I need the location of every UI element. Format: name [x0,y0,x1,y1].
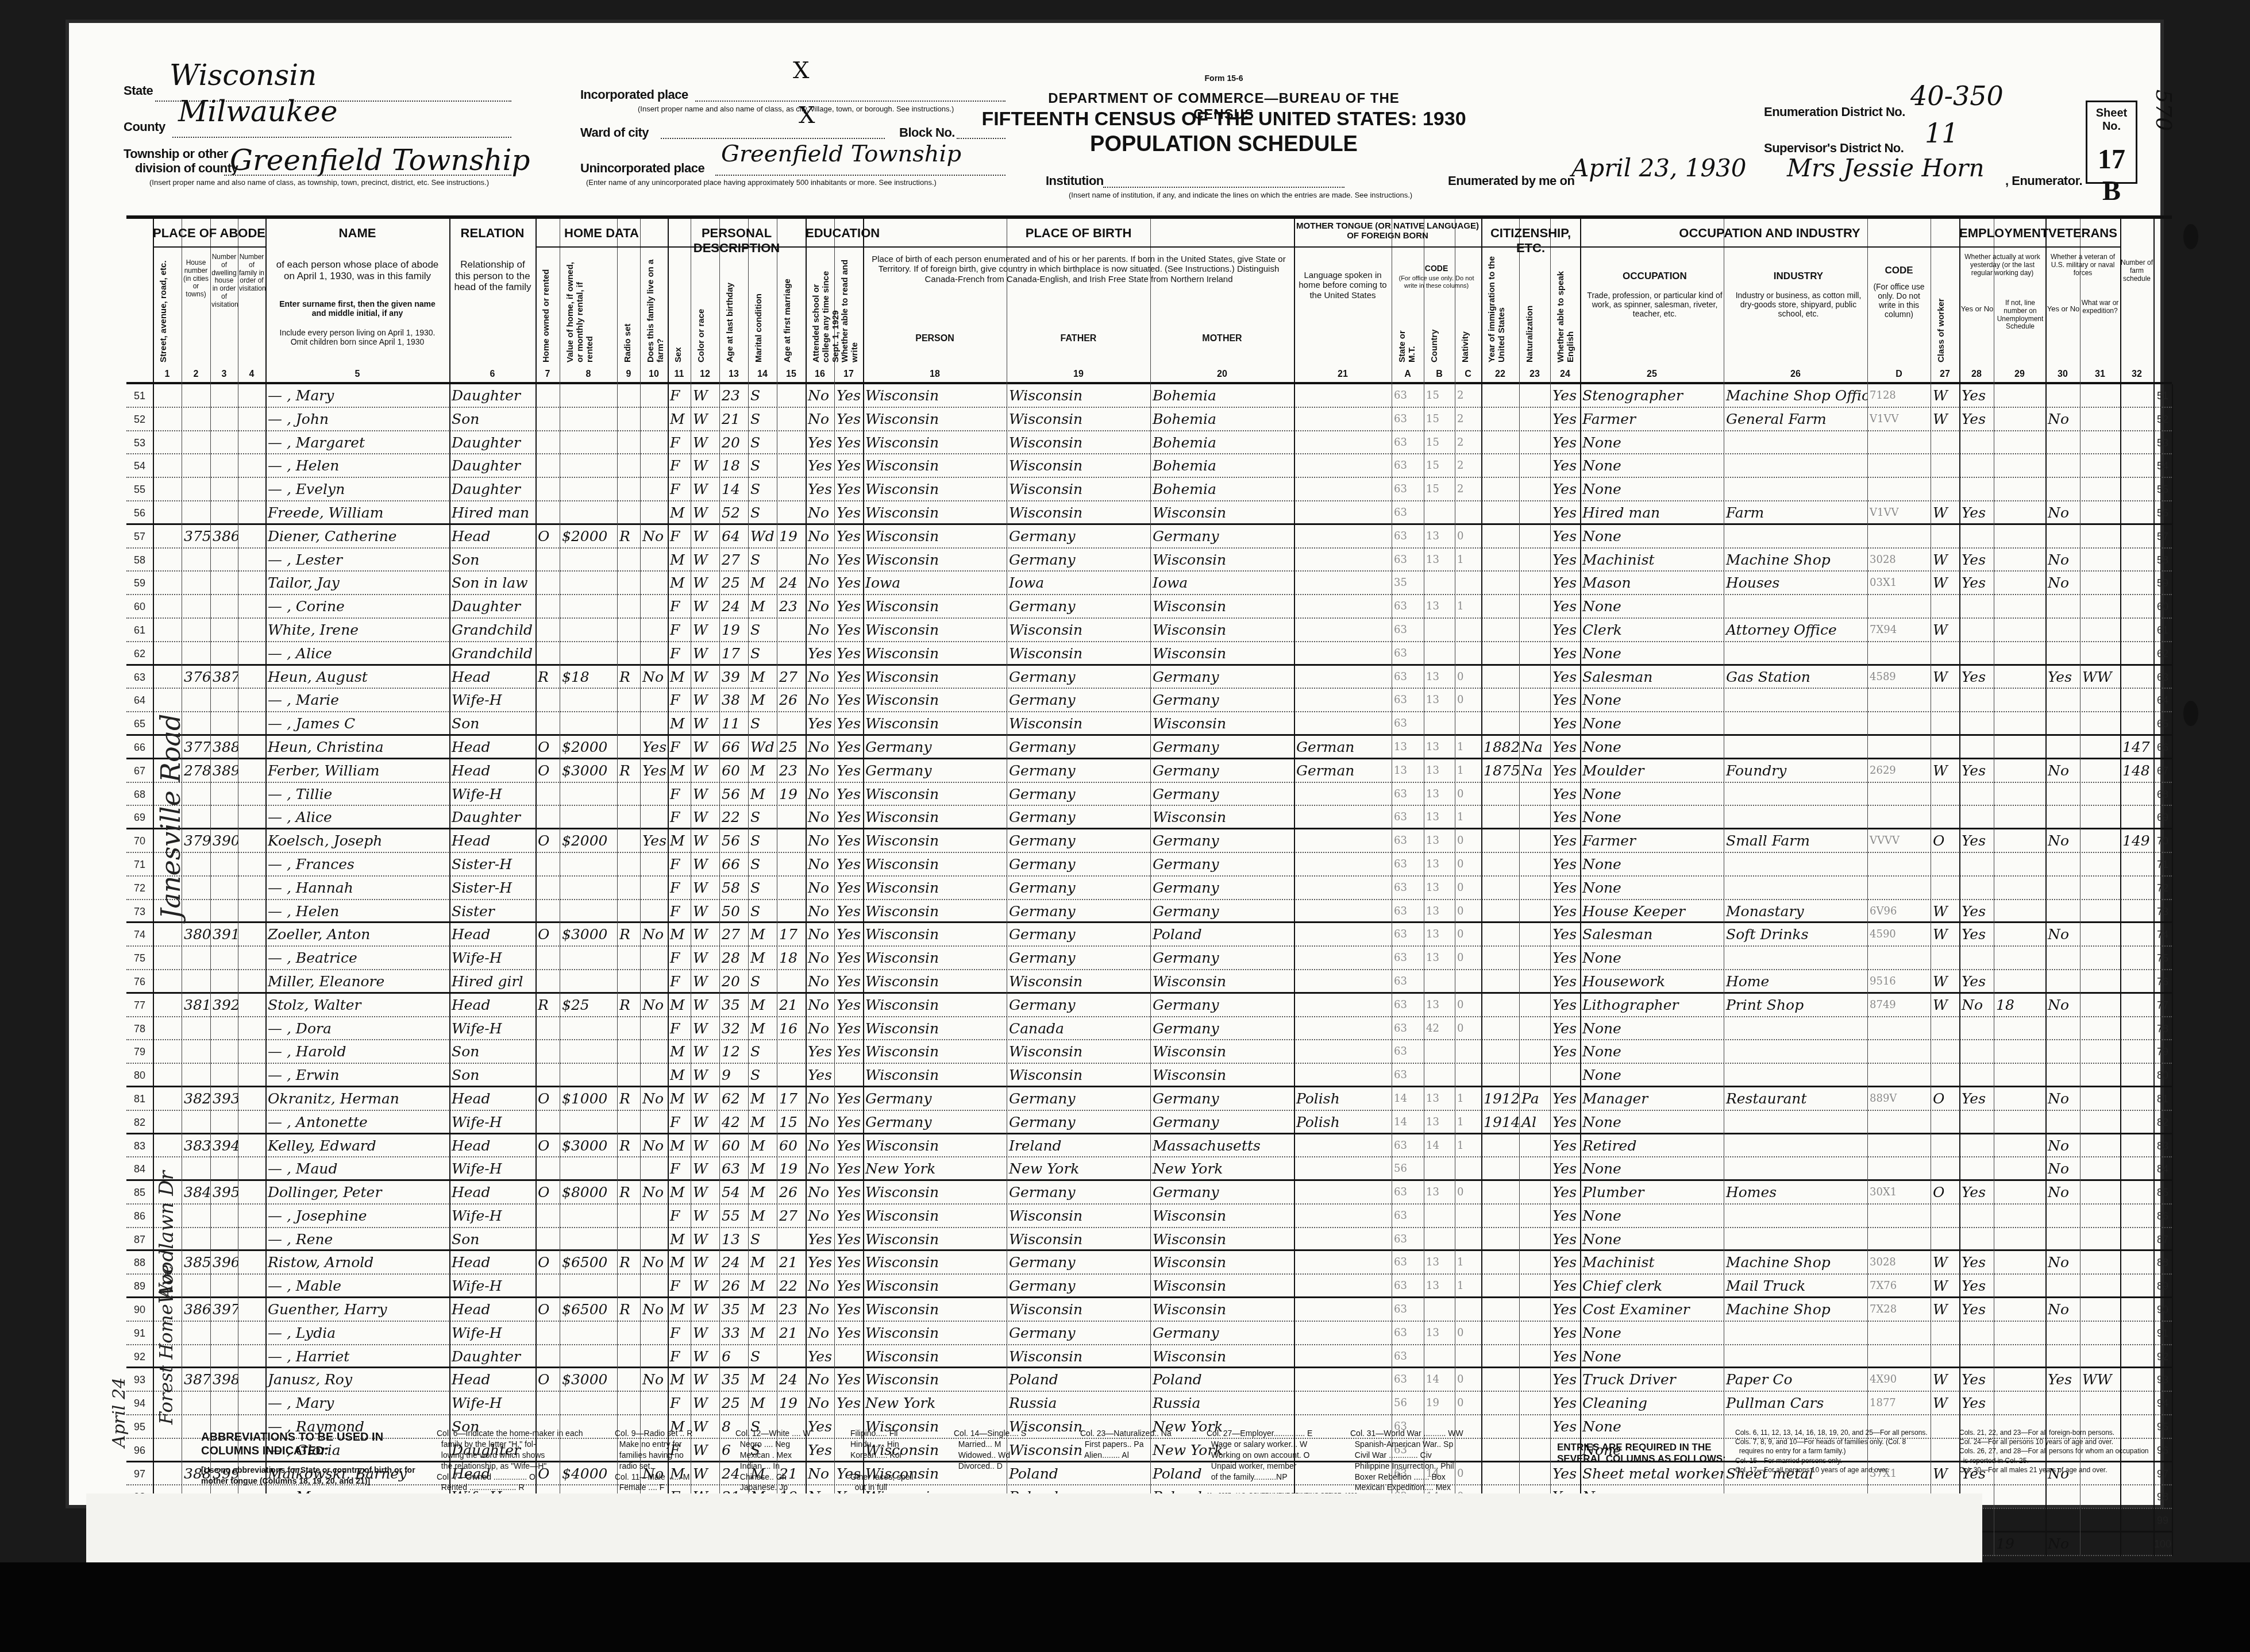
cell-birth-father: Germany [1007,853,1150,875]
cell-race: W [691,1205,719,1227]
cell-race: W [691,1017,719,1040]
cell-dwelling [210,1392,238,1414]
cell-name: — , Harriet [265,1345,449,1367]
cell-war [2080,642,2120,664]
cell-immig [1481,1040,1519,1063]
cell-race: W [691,1228,719,1250]
cell-owned [535,595,560,617]
cell-industry [1724,712,1867,734]
cell-family [238,666,265,688]
cell-read: Yes [834,1157,863,1179]
cell-cC: 1 [1455,1111,1481,1133]
cell-industry: Homes [1724,1181,1867,1203]
cell-house: 375 [182,525,210,547]
cell-age-marriage [777,1345,806,1367]
cell-unemp [1994,1228,2045,1250]
margin-note-road-3: Forest Home Ave [155,1264,177,1425]
cell-line: 59 [126,572,153,594]
cell-value: $3000 [560,1368,617,1391]
cell-birth-person: Wisconsin [863,900,1007,922]
header-school: Attended school or college any time sinc… [811,253,841,362]
cell-cA: 63 [1392,549,1424,571]
cell-owned [535,806,560,828]
cell-dwelling [210,970,238,992]
cell-cB [1424,970,1455,992]
cell-class [1931,1111,1959,1133]
cell-immig [1481,1368,1519,1391]
column-number: 27 [1931,369,1959,380]
cell-name: White, Irene [265,619,449,641]
cell-house [182,431,210,454]
header-cB: Country [1430,316,1439,362]
cell-race: W [691,1087,719,1110]
cell-cB: 13 [1424,736,1455,758]
column-number: 20 [1150,369,1294,380]
cell-dwelling [210,572,238,594]
cell-age: 14 [719,478,748,500]
cell-line-r: 92 [2153,1345,2172,1367]
cell-natur [1519,619,1550,641]
cell-birth-person: Wisconsin [863,1205,1007,1227]
cell-work [1959,783,1994,805]
cell-family [238,1111,265,1133]
cell-industry: Restaurant [1724,1087,1867,1110]
cell-sex: M [668,408,691,430]
state-label: State [124,83,153,98]
cell-marital: M [748,923,777,945]
cell-street [153,384,182,407]
cell-radio [617,595,640,617]
cell-name: — , Lester [265,549,449,571]
cell-cB: 19 [1424,1392,1455,1414]
cell-english: Yes [1550,970,1580,992]
column-number: 4 [238,369,265,380]
cell-line: 75 [126,947,153,969]
cell-family [238,572,265,594]
table-row: 54— , HelenDaughterFW18SYesYesWisconsinW… [126,454,2172,478]
cell-birth-father: Germany [1007,947,1150,969]
cell-line: 60 [126,595,153,617]
column-rule [640,384,641,1556]
county-value: Milwaukee [178,95,337,128]
cell-radio [617,877,640,899]
cell-line: 54 [126,454,153,477]
header-farm-schedule: Number of farm schedule [2120,259,2153,283]
cell-birth-father: Germany [1007,1251,1150,1273]
cell-read: Yes [834,877,863,899]
cell-birth-person: Wisconsin [863,642,1007,664]
cell-war [2080,853,2120,875]
cell-farm [640,947,668,969]
state-value: Wisconsin [169,59,317,92]
cell-race: W [691,970,719,992]
cell-code-d: 3028 [1867,1251,1931,1273]
cell-occupation: Retired [1580,1134,1724,1157]
cell-code-d [1867,1157,1931,1179]
cell-age-marriage: 19 [777,1157,806,1179]
cell-line-r: 82 [2153,1111,2172,1133]
cell-line-r: 66 [2153,736,2172,758]
cell-race: W [691,431,719,454]
cell-sex: M [668,1064,691,1086]
cell-value [560,947,617,969]
cell-marital: S [748,1228,777,1250]
enumerated-label: Enumerated by me on [1448,173,1574,188]
cell-immig [1481,408,1519,430]
table-row: 66377388Heun, ChristinaHeadO$2000YesFW66… [126,736,2172,759]
cell-birth-mother: Wisconsin [1150,1228,1294,1250]
cell-immig [1481,1392,1519,1414]
cell-race: W [691,478,719,500]
header-dwelling-number: Number of dwelling house in order of vis… [211,253,237,309]
cell-work: Yes [1959,1298,1994,1321]
cell-vet: No [2045,759,2080,782]
cell-age-marriage: 19 [777,783,806,805]
cell-relation: Wife-H [449,1017,535,1040]
cell-owned [535,642,560,664]
cell-school: No [806,619,834,641]
cell-age: 55 [719,1205,748,1227]
cell-farm [640,900,668,922]
abbreviations-footer: ABBREVIATIONS TO BE USED IN COLUMNS INDI… [138,1425,2183,1505]
cell-age-marriage [777,501,806,523]
cell-industry [1724,806,1867,828]
cell-immig [1481,1298,1519,1321]
cell-school: No [806,1322,834,1344]
cell-sex: F [668,1205,691,1227]
cell-age-marriage: 23 [777,1298,806,1321]
cell-farm-sched: 147 [2120,736,2153,758]
cell-work [1959,454,1994,477]
cell-relation: Head [449,736,535,758]
cell-farm-sched: 149 [2120,829,2153,852]
cell-value: $2000 [560,736,617,758]
cell-read: Yes [834,642,863,664]
cell-dwelling [210,384,238,407]
header-radio: Radio set [623,253,633,362]
cell-class [1931,1134,1959,1157]
cell-birth-father: Wisconsin [1007,454,1150,477]
cell-dwelling [210,1064,238,1086]
cell-immig [1481,853,1519,875]
cell-age: 50 [719,900,748,922]
cell-owned [535,384,560,407]
cell-code-d: 8749 [1867,994,1931,1016]
cell-line: 76 [126,970,153,992]
cell-marital: S [748,829,777,852]
cell-family [238,525,265,547]
cell-birth-mother: Wisconsin [1150,501,1294,523]
cell-natur [1519,384,1550,407]
cell-house [182,642,210,664]
header-industry: INDUSTRY [1729,271,1867,282]
cell-tongue [1294,970,1392,992]
table-row: 72— , HannahSister-HFW58SNoYesWisconsinG… [126,877,2172,900]
cell-code-d: 4590 [1867,923,1931,945]
cell-farm-sched [2120,1298,2153,1321]
cell-read: Yes [834,1251,863,1273]
column-rule [560,384,560,1556]
cell-cA: 63 [1392,408,1424,430]
cell-owned [535,970,560,992]
cell-unemp [1994,877,2045,899]
cell-natur [1519,783,1550,805]
column-rule [182,384,182,1556]
cell-sex: F [668,877,691,899]
column-number: 13 [719,369,748,380]
cell-cA: 63 [1392,1181,1424,1203]
cell-occupation: None [1580,595,1724,617]
column-number: 29 [1994,369,2045,380]
cell-tongue [1294,1181,1392,1203]
cell-radio [617,947,640,969]
cell-relation: Wife-H [449,1111,535,1133]
cell-farm: No [640,994,668,1016]
cell-code-d: 7X28 [1867,1298,1931,1321]
cell-sex: F [668,1017,691,1040]
cell-sex: M [668,572,691,594]
cell-industry [1724,478,1867,500]
cell-street [153,689,182,711]
cell-immig [1481,1205,1519,1227]
cell-relation: Grandchild [449,619,535,641]
cell-farm [640,619,668,641]
cell-line-r: 88 [2153,1251,2172,1273]
cell-relation: Son [449,408,535,430]
institution-note: (Insert name of institution, if any, and… [1069,191,1412,199]
cell-war [2080,1017,2120,1040]
cell-farm-sched [2120,1064,2153,1086]
header-veteran-yes-no: Yes or No [2047,305,2080,314]
cell-marital: S [748,642,777,664]
cell-line-r: 64 [2153,689,2172,711]
cell-natur [1519,1345,1550,1367]
header-age_marriage: Age at first marriage [783,253,792,362]
cell-war [2080,431,2120,454]
cell-birth-father: Wisconsin [1007,478,1150,500]
cell-tongue [1294,1392,1392,1414]
header-cC: Nativity [1461,316,1470,362]
cell-tongue [1294,454,1392,477]
cell-cA: 63 [1392,1298,1424,1321]
cell-line-r: 67 [2153,759,2172,782]
cell-marital: S [748,431,777,454]
cell-age-marriage [777,549,806,571]
cell-birth-mother: Germany [1150,900,1294,922]
cell-tongue [1294,1368,1392,1391]
cell-family [238,619,265,641]
cell-birth-person: Wisconsin [863,666,1007,688]
table-row: 75— , BeatriceWife-HFW28M18NoYesWisconsi… [126,947,2172,970]
table-row: 55— , EvelynDaughterFW14SYesYesWisconsin… [126,478,2172,501]
cell-unemp [1994,1251,2045,1273]
cell-race: W [691,642,719,664]
cell-line-r: 59 [2153,572,2172,594]
cell-farm-sched [2120,666,2153,688]
cell-war [2080,1228,2120,1250]
cell-line-r: 75 [2153,947,2172,969]
institution-label: Institution [1046,173,1104,188]
cell-radio [617,829,640,852]
header-employment-note: Whether actually at work yesterday (or t… [1960,253,2044,277]
cell-birth-father: Germany [1007,1275,1150,1296]
cell-marital: M [748,1157,777,1179]
cell-code-d: 6V96 [1867,900,1931,922]
cell-value [560,572,617,594]
cell-school: No [806,572,834,594]
cell-race: W [691,1298,719,1321]
cell-birth-father: Wisconsin [1007,970,1150,992]
cell-birth-father: Germany [1007,736,1150,758]
header-cA: State or M.T. [1397,316,1417,362]
table-row: 77381392Stolz, WalterHeadR$25RNoMW35M21N… [126,994,2172,1017]
cell-age-marriage [777,877,806,899]
cell-work: Yes [1959,384,1994,407]
cell-family [238,1087,265,1110]
column-number: D [1867,369,1931,380]
cell-birth-person: Wisconsin [863,431,1007,454]
column-number: 16 [806,369,834,380]
cell-code-d: 889V [1867,1087,1931,1110]
cell-birth-mother: Germany [1150,877,1294,899]
cell-natur [1519,478,1550,500]
table-row: 89— , MableWife-HFW26M22NoYesWisconsinGe… [126,1275,2172,1298]
table-row: 69— , AliceDaughterFW22SNoYesWisconsinGe… [126,806,2172,829]
table-row: 82— , AntonetteWife-HFW42M15NoYesGermany… [126,1111,2172,1134]
cell-war [2080,1064,2120,1086]
cell-unemp [1994,1134,2045,1157]
cell-read: Yes [834,689,863,711]
column-number: 1 [153,369,182,380]
cell-natur [1519,1322,1550,1344]
cell-sex: F [668,1392,691,1414]
cell-tongue [1294,1345,1392,1367]
cell-line-r: 60 [2153,595,2172,617]
cell-marital: M [748,1322,777,1344]
cell-birth-father: Germany [1007,595,1150,617]
cell-cB: 13 [1424,549,1455,571]
cell-marital: M [748,1111,777,1133]
cell-occupation: None [1580,689,1724,711]
cell-birth-person: Wisconsin [863,783,1007,805]
cell-class: O [1931,829,1959,852]
cell-age-marriage: 22 [777,1275,806,1296]
cell-value [560,1322,617,1344]
cell-immig [1481,712,1519,734]
cell-sex: M [668,549,691,571]
cell-line: 51 [126,384,153,407]
cell-class: W [1931,666,1959,688]
cell-school: No [806,806,834,828]
cell-farm-sched [2120,478,2153,500]
cell-value [560,806,617,828]
cell-radio [617,689,640,711]
supervisor-value: 11 [1925,118,1959,149]
cell-natur [1519,1392,1550,1414]
cell-cC [1455,1040,1481,1063]
cell-work [1959,1322,1994,1344]
column-number: 23 [1519,369,1550,380]
cell-radio: R [617,1134,640,1157]
cell-name: — , Mary [265,384,449,407]
cell-street [153,619,182,641]
cell-tongue [1294,384,1392,407]
cell-dwelling [210,1275,238,1296]
cell-vet: No [2045,501,2080,523]
cell-cB: 13 [1424,759,1455,782]
cell-work: Yes [1959,829,1994,852]
cell-tongue [1294,806,1392,828]
cell-street [153,666,182,688]
cell-birth-person: Wisconsin [863,1134,1007,1157]
cell-marital: S [748,853,777,875]
cell-english: Yes [1550,1157,1580,1179]
cell-occupation: None [1580,1228,1724,1250]
column-rule [834,384,835,1556]
cell-race: W [691,1157,719,1179]
cell-sex: M [668,1040,691,1063]
cell-industry: Small Farm [1724,829,1867,852]
cell-radio [617,384,640,407]
cell-street [153,642,182,664]
cell-cA: 35 [1392,572,1424,594]
cell-age-marriage [777,853,806,875]
cell-marital: Wd [748,525,777,547]
cell-line: 94 [126,1392,153,1414]
enumerated-date: April 23, 1930 [1571,154,1747,182]
cell-family [238,431,265,454]
cell-age: 63 [719,1157,748,1179]
cell-industry: Home [1724,970,1867,992]
cell-school: No [806,549,834,571]
cell-age: 11 [719,712,748,734]
cell-vet [2045,853,2080,875]
cell-age: 35 [719,1368,748,1391]
cell-unemp [1994,1157,2045,1179]
cell-cB [1424,1064,1455,1086]
cell-relation: Head [449,1181,535,1203]
column-number: 24 [1550,369,1580,380]
cell-code-d [1867,1017,1931,1040]
cell-age: 27 [719,923,748,945]
cell-war [2080,549,2120,571]
cell-age: 22 [719,806,748,828]
cell-relation: Wife-H [449,1157,535,1179]
cell-industry [1724,525,1867,547]
cell-birth-mother: Germany [1150,994,1294,1016]
header-farm: Does this family live on a farm? [646,253,665,362]
cell-age: 9 [719,1064,748,1086]
column-group-citizenship: CITIZENSHIP, ETC. [1481,219,1580,248]
column-number: 11 [668,369,691,380]
cell-cC: 2 [1455,454,1481,477]
cell-age: 64 [719,525,748,547]
cell-immig [1481,454,1519,477]
cell-house [182,1392,210,1414]
cell-race: W [691,408,719,430]
cell-age-marriage: 19 [777,525,806,547]
cell-vet [2045,1228,2080,1250]
cell-name: Janusz, Roy [265,1368,449,1391]
cell-tongue [1294,1157,1392,1179]
cell-occupation: Machinist [1580,549,1724,571]
cell-read: Yes [834,454,863,477]
incorporated-note: (Insert proper name and also name of cla… [638,105,954,113]
cell-relation: Head [449,1087,535,1110]
cell-age: 56 [719,783,748,805]
cell-cA: 63 [1392,806,1424,828]
cell-industry [1724,1064,1867,1086]
